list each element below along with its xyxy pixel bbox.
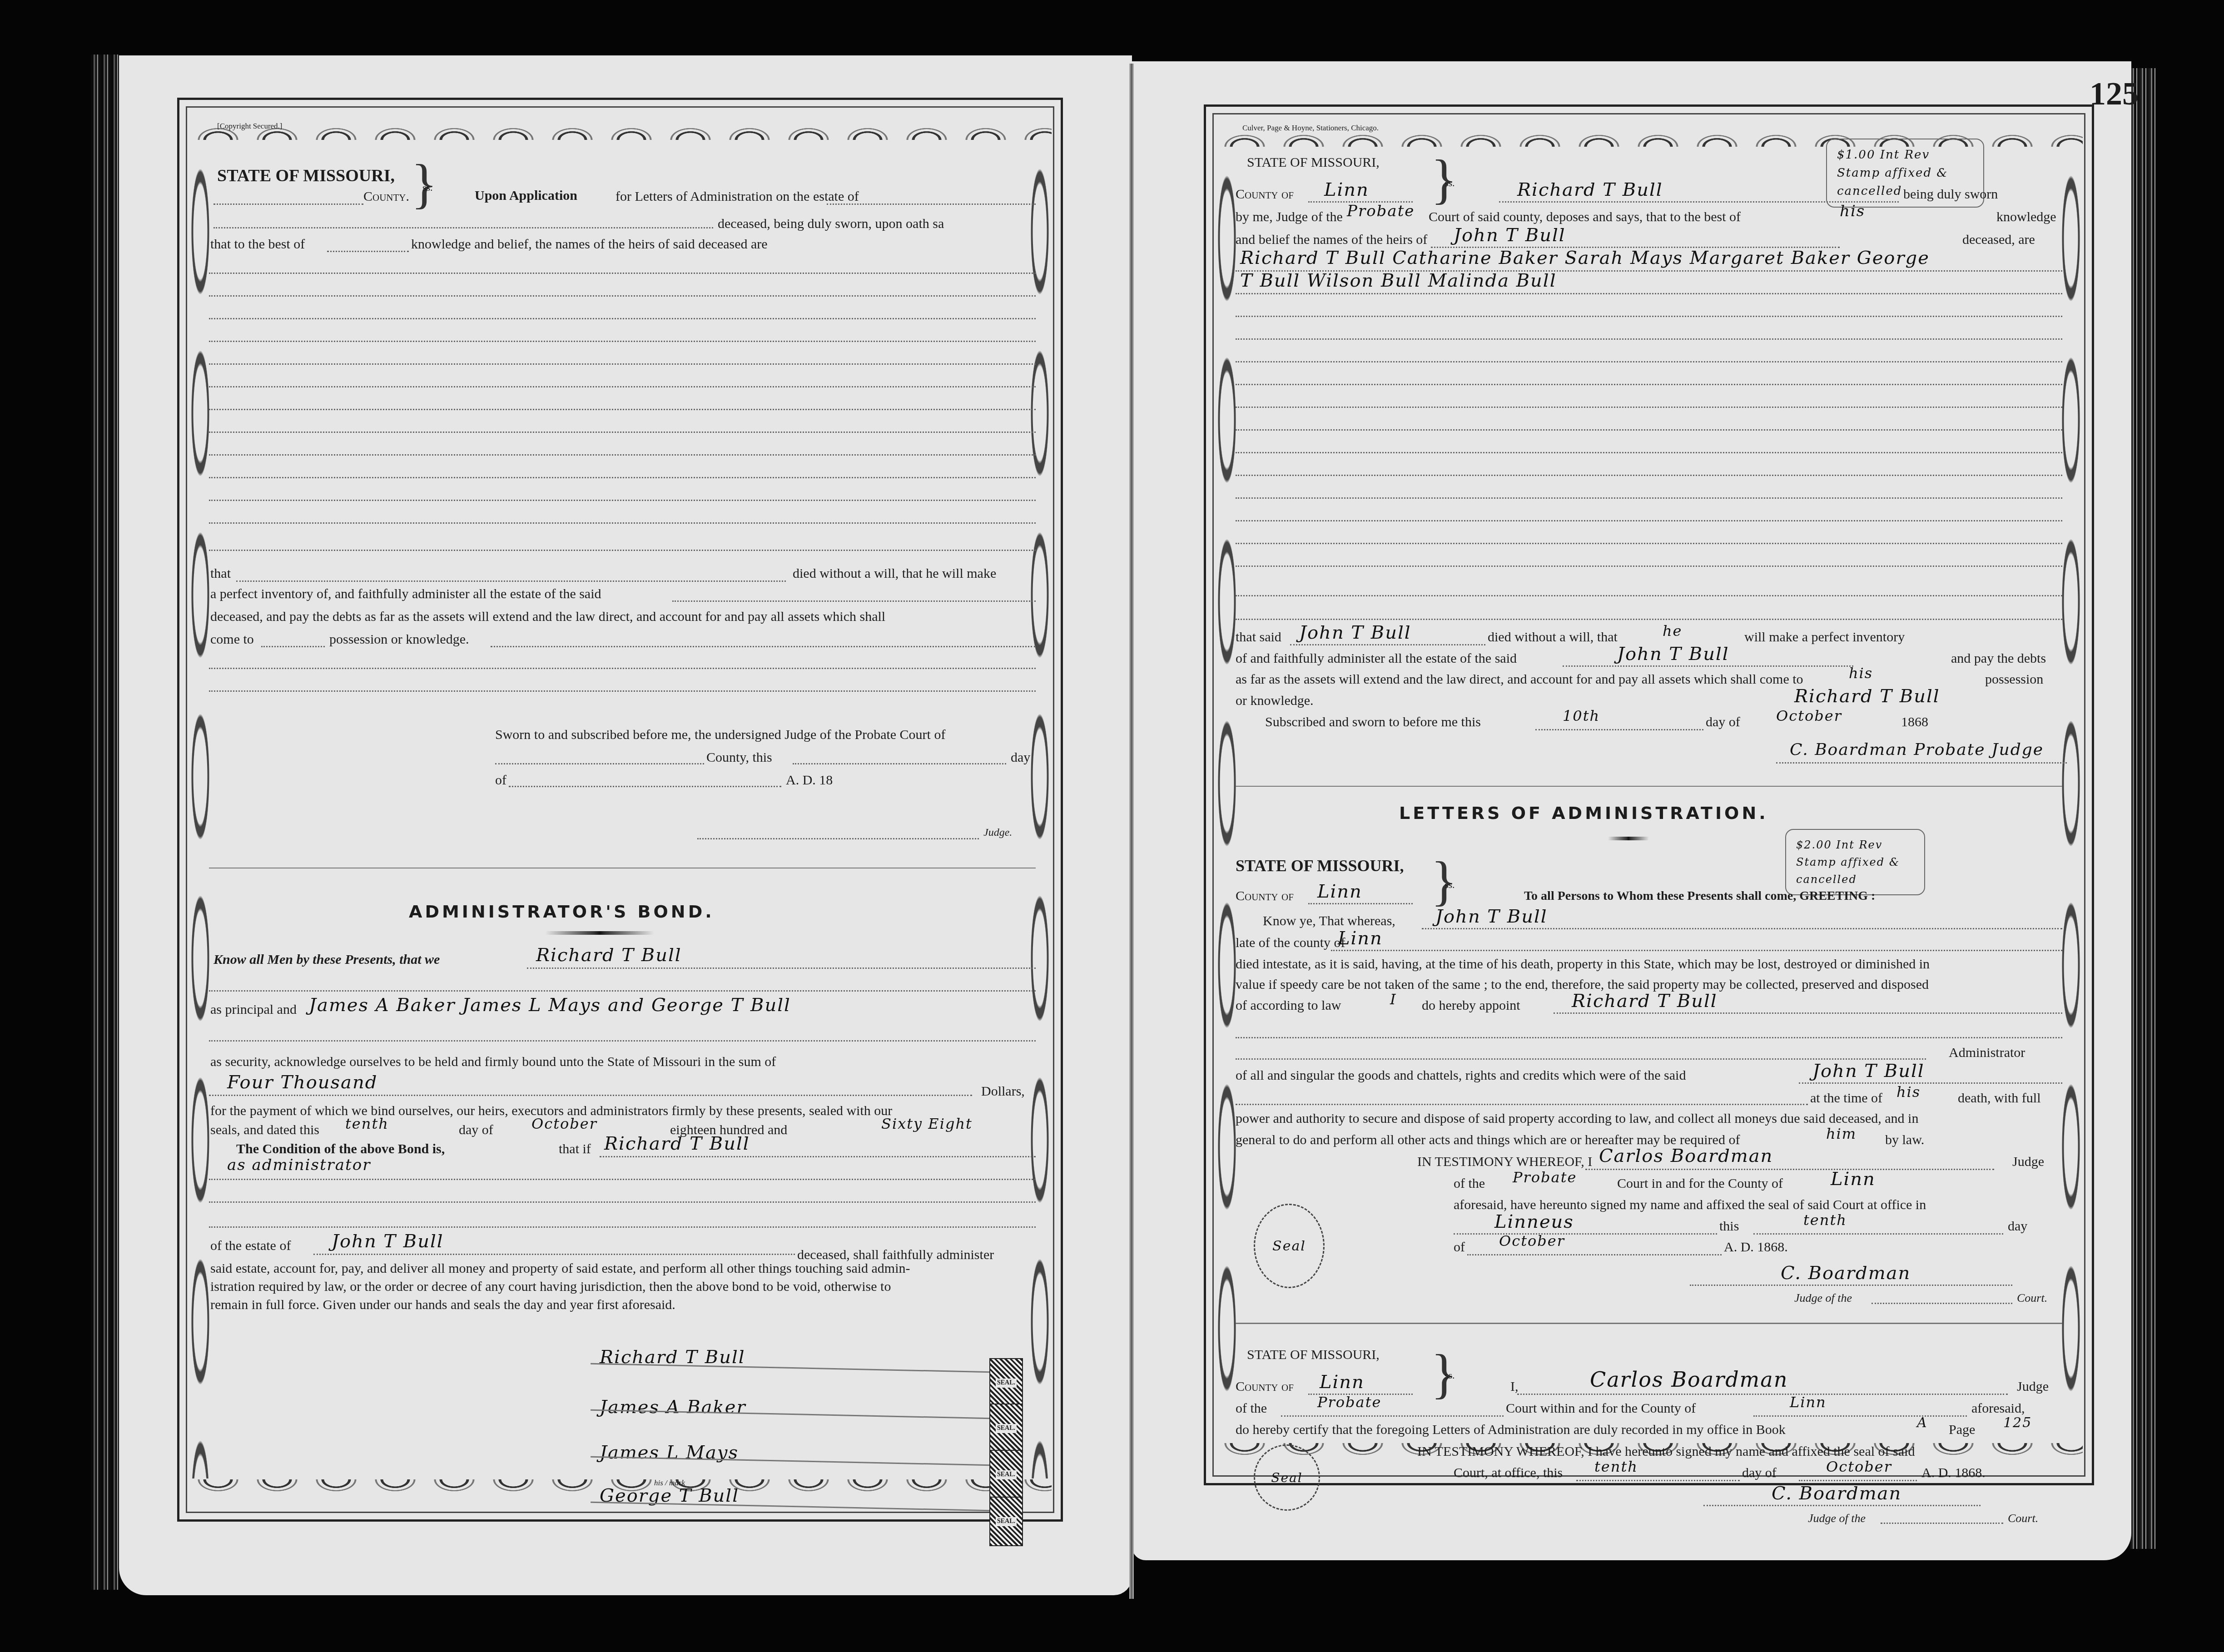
county-value: Linn [1790,1394,1827,1411]
blank-line [209,1179,1036,1180]
affiant-signature: Richard T Bull [1794,686,1940,707]
blank-line [209,990,1036,992]
ornament-divider [545,931,654,935]
as-administrator: as administrator [227,1156,371,1174]
heirs-of-label: and belief the names of the heirs of [1236,232,1427,248]
bond-body-1: said estate, account for, pay, and deliv… [210,1260,910,1277]
month-value: October [1826,1458,1892,1475]
heir-line [209,318,1036,319]
possession-label: possession [1985,671,2043,688]
county-blank [213,203,363,205]
power-text: power and authority to secure and dispos… [1236,1111,1918,1127]
heir-line [209,341,1036,342]
county-blank [495,763,704,764]
day-value: 10th [1563,707,1600,724]
deceased-are-label: deceased, are [1962,232,2035,248]
day-value: tenth [1594,1458,1638,1475]
court-blank [1872,1303,2012,1304]
bond-body-2: istration required by law, or the order … [210,1279,891,1295]
decedent-name: John T Bull [1435,906,1548,927]
late-of-label: late of the county of [1236,935,1345,951]
possession-text: possession or knowledge. [329,631,469,648]
county-value: Linn [1324,179,1369,200]
goods-text: of all and singular the goods and chatte… [1236,1067,1686,1084]
testimony-text: IN TESTIMONY WHEREOF, I have hereunto si… [1417,1444,1915,1460]
county-this-label: County, this [706,749,772,766]
heir-line [1236,338,2062,340]
county-of-label: County of [1236,888,1294,904]
estate-blank [827,203,1036,205]
come-to-blank [261,646,325,647]
died-text: died without a will, that [1488,629,1618,645]
appointee-name: Richard T Bull [1572,991,1718,1012]
page-value: 125 [2003,1415,2032,1431]
state-heading: STATE OF MISSOURI, [1247,154,1380,171]
knowledge-label: knowledge [1996,209,2056,225]
county-value: Linn [1320,1372,1365,1393]
year-value: 1868 [1901,714,1928,730]
signature-name: James A Baker [600,1397,746,1418]
know-all-text: Know all Men by these Presents, that we [213,952,440,968]
ad-value: A. D. 1868. [1724,1239,1788,1255]
court-value: Probate [1347,202,1415,220]
bond-seal-box: SEAL. [989,1497,1023,1546]
blank-line [209,1040,1036,1042]
condition-lead: The Condition of the above Bond is, [236,1141,445,1157]
blank-line [1236,1037,2062,1038]
blank-line [209,668,1036,669]
application-line1: for Letters of Administration on the est… [616,189,859,205]
place-value: Linneus [1494,1211,1574,1232]
court-seal: Seal [1254,1204,1325,1288]
dated-month: October [531,1115,597,1132]
ss-label: ss. [1445,1367,1455,1384]
aforesaid-label: aforesaid, [1971,1400,2025,1417]
heir-line [1236,293,2062,294]
heir-line [209,432,1036,433]
revenue-stamp-note: $2.00 Int Rev Stamp affixed & cancelled [1785,829,1925,895]
deceased-blank [1290,644,1485,645]
bond-sum: Four Thousand [227,1072,377,1093]
day-blank [1535,729,1703,730]
heir-line [1236,520,2062,521]
judge-label: Judge [2012,1154,2044,1170]
will-make-text: will make a perfect inventory [1744,629,1905,645]
estate-of-label: of the estate of [210,1238,291,1254]
heir-line [1236,452,2062,453]
book-page-edges-left [91,55,118,1590]
heir-line [1236,316,2062,317]
right-ornamental-border [1204,104,2094,1485]
day-blank [1753,1233,2003,1235]
by-law-label: by law. [1885,1132,1924,1148]
deceased-name: John T Bull [1454,225,1566,246]
day-of-label: day of [459,1122,493,1138]
according-text: of according to law [1236,997,1341,1014]
heir-line [1236,361,2062,362]
judge-name-blank [1585,1169,1994,1170]
blank-line [209,1201,1036,1203]
sworn-text: Sworn to and subscribed before me, the u… [495,727,945,743]
name-blank [213,227,713,228]
i-value: I [1390,991,1397,1008]
judge-of-the-label: Judge of the [1808,1510,1866,1527]
heir-line [209,477,1036,478]
inventory-text: a perfect inventory of, and faithfully a… [210,586,601,602]
ss-label: ss. [422,179,433,196]
heir-line [1236,475,2062,476]
administrator-label: Administrator [1949,1045,2025,1061]
goods-name: John T Bull [1812,1061,1925,1081]
testimony-text: IN TESTIMONY WHEREOF, I [1417,1154,1592,1170]
county-label: County. [363,189,409,205]
faithfully-text: of and faithfully administer all the est… [1236,650,1517,667]
deceased-blank [236,580,786,582]
county-blank [1753,1415,1967,1417]
heir-line [1236,566,2062,567]
application-line3b: knowledge and belief, the names of the h… [411,236,768,253]
day-blank [793,763,1006,764]
heir-line [1236,407,2062,408]
him-value: him [1826,1125,1857,1142]
of-label: of [495,772,506,789]
application-line2: deceased, being duly sworn, upon oath sa [718,216,944,232]
certify-text: do hereby certify that the foregoing Let… [1236,1422,1786,1438]
state-heading: STATE OF MISSOURI, [1247,1347,1380,1363]
book-page-edges-right [2130,68,2155,1549]
heir-line [1236,384,2062,385]
heir-line [209,522,1036,524]
bond-seal-box: SEAL. [989,1404,1023,1453]
deceased-name: John T Bull [1299,622,1411,643]
court-value: Probate [1513,1169,1577,1186]
pay-debts-text: and pay the debts [1951,650,2046,667]
dated-year: Sixty Eight [881,1115,973,1132]
court-text: Court of said county, deposes and says, … [1429,209,1741,225]
judge-signature-blank [1776,762,2067,764]
heir-line [209,295,1036,297]
condition-text: that if [559,1141,591,1157]
death-label: death, with full [1958,1090,2040,1106]
died-text: died without a will, that he will make [793,566,996,582]
that-said-label: that said [1236,629,1281,645]
judge-of-the-label: Judge of the [1794,1290,1852,1306]
security-text: as security, acknowledge ourselves to be… [210,1054,776,1070]
his-value: his [1896,1083,1921,1101]
county-value: Linn [1317,881,1362,902]
court-label: Court. [2017,1290,2047,1306]
principal-name: Richard T Bull [536,945,682,966]
blank-line [1236,1058,1926,1060]
court-blank [1281,1415,1504,1417]
judge-name-blank [1517,1394,2008,1395]
judge-signature: C. Boardman [1772,1483,1901,1504]
sworn-text: being duly sworn [1903,186,1998,203]
court-within-text: Court within and for the County of [1506,1400,1696,1417]
decedent-blank [1422,928,2062,929]
heir-line [209,273,1036,274]
heirs-line-1: Richard T Bull Catharine Baker Sarah May… [1240,248,1930,268]
deceased-name: John T Bull [332,1231,444,1252]
affiant-name: Richard T Bull [1517,179,1663,200]
county-of-label: County of [1236,186,1294,203]
condition-blank [600,1156,1036,1157]
county-value: Linn [1831,1169,1876,1190]
judge-signature: C. Boardman Probate Judge [1790,740,2044,759]
bond-title: ADMINISTRATOR'S BOND. [409,902,715,922]
ad-label: A. D. 18 [786,772,833,789]
intestate-text-1: died intestate, as it is said, having, a… [1236,956,1930,972]
court-label: Court. [2008,1510,2038,1527]
day-label: day [1011,749,1030,766]
county-of-label: County of [1236,1379,1294,1395]
his-mark-note: his / mark [654,1478,685,1488]
know-ye-text: Know ye, That whereas, [1263,913,1395,929]
page-label: Page [1949,1422,1975,1438]
dated-label: seals, and dated this [210,1122,319,1138]
of-the-label: of the [1236,1400,1267,1417]
judge-signature-blank [697,838,979,839]
or-knowledge-label: or knowledge. [1236,693,1314,709]
subscribed-text: Subscribed and sworn to before me this [1265,714,1481,730]
judge-signature-blank [1690,1285,2012,1286]
bond-seal-box: SEAL. [989,1450,1023,1499]
as-principal-label: as principal and [210,1002,297,1018]
judge-name: Carlos Boardman [1599,1146,1773,1166]
blank-line [1236,1104,1808,1105]
day-of-label: day of [1742,1465,1777,1481]
ornament-divider [1608,837,1649,840]
heir-line [209,363,1036,365]
heir-line [1236,543,2062,544]
court-seal: Seal [1254,1444,1320,1511]
judge-signature-blank [1703,1505,1981,1506]
come-to-label: come to [210,631,254,648]
blank-line [491,646,1036,647]
letters-title: LETTERS OF ADMINISTRATION. [1399,803,1768,823]
sureties-names: James A Baker James L Mays and George T … [309,995,791,1016]
dated-day: tenth [345,1115,389,1132]
judge-label: Judge [2017,1379,2049,1395]
principal-blank [527,967,1036,969]
blank-line [209,1226,1036,1228]
estate-name-blank [672,600,1036,602]
late-county-value: Linn [1338,928,1383,949]
heir-line [1236,429,2062,431]
place-blank [1454,1233,1717,1235]
court-blank [1881,1523,2003,1524]
estate-blank [1563,665,1853,667]
court-value: Probate [1317,1394,1381,1411]
section-divider [1236,1323,2062,1324]
day-label: day [2008,1218,2027,1235]
day-blank [1576,1480,1740,1481]
month-value: October [1776,707,1842,724]
heir-line [209,550,1036,551]
goods-blank [1799,1082,2062,1084]
page-number: 125 [2090,75,2139,113]
of-label: of [1454,1239,1465,1255]
judge-label: Judge. [983,824,1012,841]
section-divider [209,868,1036,868]
heir-line [209,409,1036,410]
greeting-text: To all Persons to Whom these Presents sh… [1524,888,1875,904]
he-value: he [1663,622,1683,640]
debts-text: deceased, and pay the debts as far as th… [210,609,885,625]
day-of-label: day of [1706,714,1740,730]
pronoun-value: his [1840,202,1865,220]
book-value: A [1917,1415,1928,1431]
ss-label: ss. [1445,877,1455,893]
sum-blank [209,1095,972,1096]
application-lead: Upon Application [475,188,577,204]
this-label: this [1719,1218,1739,1235]
court-office-text: Court, at office, this [1454,1465,1563,1481]
blank-line [209,690,1036,692]
deceased-blank [313,1254,795,1255]
appointee-blank [1554,1012,2062,1014]
month-value: October [1499,1232,1565,1250]
estate-name: John T Bull [1617,644,1729,665]
bond-seal-box: SEAL. [989,1358,1023,1408]
heir-line [1236,595,2062,596]
bond-body-3: remain in full force. Given under our ha… [210,1297,675,1313]
heir-line [209,386,1036,387]
i-label: I, [1510,1379,1519,1395]
month-blank [1467,1254,1722,1255]
ad-value: A. D. 1868. [1921,1465,1986,1481]
at-time-label: at the time of [1810,1090,1882,1106]
ss-label: ss. [1445,175,1455,191]
judge-of-label: by me, Judge of the [1236,209,1343,225]
heir-line [1236,619,2062,620]
that-label: that [210,566,231,582]
heir-line [1236,497,2062,499]
dollars-label: Dollars, [981,1083,1025,1100]
printer-imprint: Culver, Page & Hoyne, Stationers, Chicag… [1242,124,1379,133]
county-blank [1331,950,2062,951]
day-value: tenth [1803,1211,1847,1229]
pronoun-blank [327,251,409,252]
heirs-line-2: T Bull Wilson Bull Malinda Bull [1240,270,1556,291]
judge-signature: C. Boardman [1781,1263,1911,1284]
section-divider [1236,786,2062,787]
appoint-text: do hereby appoint [1422,997,1520,1014]
state-heading: STATE OF MISSOURI, [1236,856,1404,875]
aforesaid-text: aforesaid, have hereunto signed my name … [1454,1197,1926,1213]
heir-line [209,500,1036,501]
judge-name: Carlos Boardman [1590,1367,1788,1392]
affiant-blank [1499,201,1899,203]
application-line3a: that to the best of [210,236,305,253]
his-value: his [1849,665,1873,682]
court-in-text: Court in and for the County of [1617,1176,1783,1192]
month-blank [509,786,781,787]
assets-text: as far as the assets will extend and the… [1236,671,1803,688]
heir-line [209,454,1036,456]
book-gutter [1129,64,1134,1599]
of-the-label: of the [1454,1176,1485,1192]
county-blank [1308,903,1413,904]
copyright-notice: [Copyright Secured.] [217,122,283,131]
state-heading: STATE OF MISSOURI, [217,166,395,186]
condition-name: Richard T Bull [604,1133,750,1154]
month-blank [1799,1480,1917,1481]
